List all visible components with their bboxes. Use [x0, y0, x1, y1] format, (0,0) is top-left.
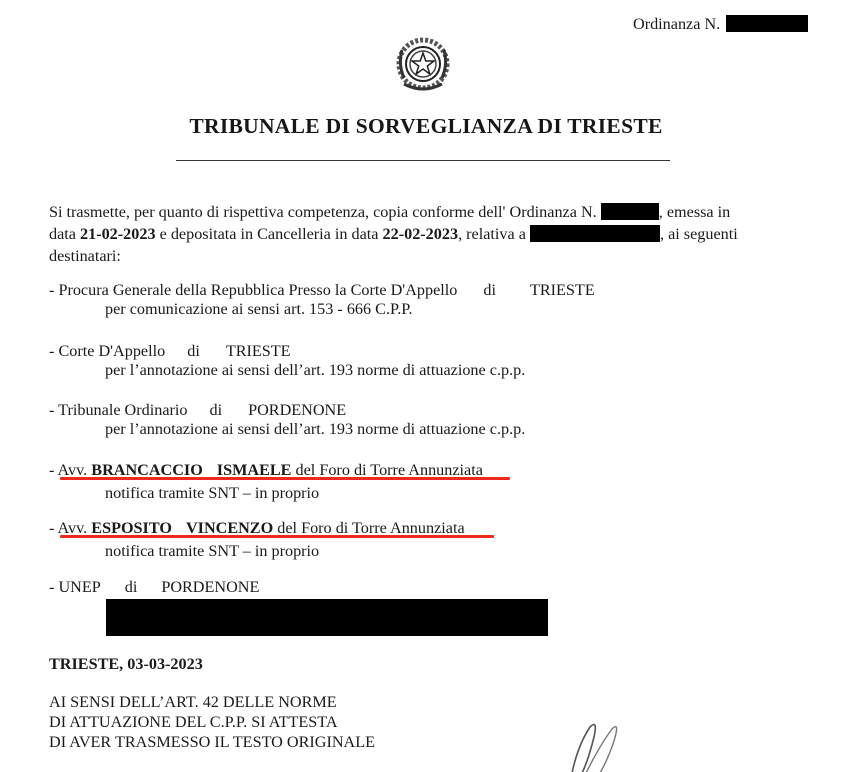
intro-line-3: destinatari:	[49, 247, 829, 269]
attestation-line: DI AVER TRASMESSO IL TESTO ORIGINALE	[49, 733, 375, 753]
recipient-unep: - UNEPdiPORDENONE	[49, 578, 259, 597]
italian-republic-emblem-icon	[394, 36, 452, 94]
issued-date: 21-02-2023	[80, 225, 156, 243]
deposit-date: 22-02-2023	[383, 225, 459, 243]
attestation-line: AI SENSI DELL’ART. 42 DELLE NORME	[49, 693, 375, 713]
redacted-subject	[530, 225, 660, 242]
title-divider	[176, 160, 670, 161]
recipient-note: notifica tramite SNT – in proprio	[49, 484, 483, 503]
recipient-procura-generale: - Procura Generale della Repubblica Pres…	[49, 281, 595, 319]
ordinance-number: Ordinanza N.	[633, 15, 808, 34]
recipient-avv-brancaccio: - Avv. BRANCACCIOISMAELE del Foro di Tor…	[49, 461, 483, 503]
recipient-corte-appello: - Corte D'AppellodiTRIESTE per l’annotaz…	[49, 342, 525, 380]
highlight-underline	[60, 535, 494, 538]
attestation: AI SENSI DELL’ART. 42 DELLE NORME DI ATT…	[49, 693, 375, 753]
recipient-note: notifica tramite SNT – in proprio	[49, 542, 465, 561]
intro-line-2: data 21-02-2023 e depositata in Cancelle…	[49, 225, 829, 247]
court-title: TRIBUNALE DI SORVEGLIANZA DI TRIESTE	[0, 114, 852, 139]
attestation-line: DI ATTUAZIONE DEL C.P.P. SI ATTESTA	[49, 713, 375, 733]
intro-paragraph: Si trasmette, per quanto di rispettiva c…	[49, 203, 829, 269]
recipient-note: per l’annotazione ai sensi dell’art. 193…	[49, 361, 525, 380]
redacted-ordinance-number	[726, 15, 808, 32]
ordinance-label: Ordinanza N.	[633, 15, 724, 33]
redacted-block	[106, 599, 548, 636]
redacted-ordinance-ref	[601, 203, 659, 220]
recipient-note: per comunicazione ai sensi art. 153 - 66…	[49, 300, 595, 319]
place-and-date: TRIESTE, 03-03-2023	[49, 655, 203, 674]
recipient-note: per l’annotazione ai sensi dell’art. 193…	[49, 420, 525, 439]
recipient-tribunale-ordinario: - Tribunale OrdinariodiPORDENONE per l’a…	[49, 401, 525, 439]
signature-icon	[560, 715, 650, 772]
highlight-underline	[60, 477, 510, 480]
intro-line-1: Si trasmette, per quanto di rispettiva c…	[49, 203, 829, 225]
recipient-avv-esposito: - Avv. ESPOSITOVINCENZO del Foro di Torr…	[49, 519, 465, 561]
